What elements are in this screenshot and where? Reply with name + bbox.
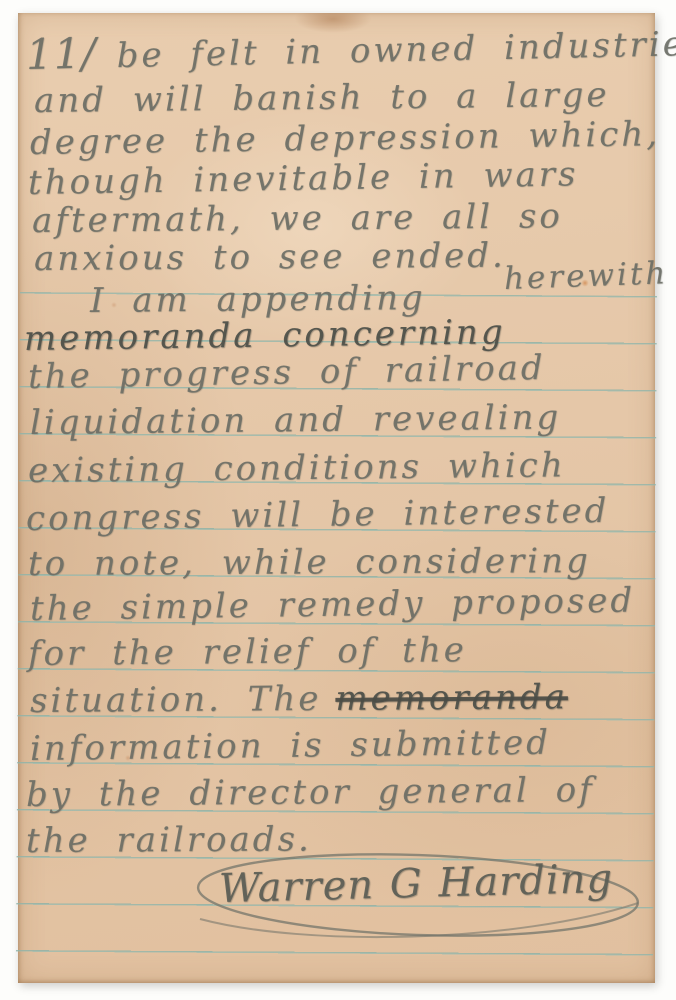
inserted-word: herewith	[503, 253, 669, 299]
handwritten-line: to note, while considering	[28, 541, 591, 584]
handwritten-line: and will banish to a large	[34, 75, 610, 121]
handwritten-line: for the relief of the	[28, 630, 467, 674]
photo-background: 11/be felt in owned industries, and will…	[0, 0, 676, 1000]
handwritten-line: congress will be interested	[26, 491, 610, 539]
handwritten-text: be felt in owned industries,	[116, 23, 676, 76]
handwritten-line: 11/be felt in owned industries,	[26, 20, 676, 78]
handwritten-line: by the director general of	[26, 770, 595, 815]
handwritten-line: anxious to see ended.	[34, 236, 506, 279]
handwritten-line: liquidation and revealing	[30, 397, 562, 443]
signature-block: Warren G Harding	[186, 845, 656, 957]
handwritten-line: situation. Thememoranda	[30, 677, 568, 721]
handwritten-line: aftermath, we are all so	[32, 196, 563, 241]
page-number: 11/	[25, 29, 97, 79]
struck-word: memoranda	[335, 677, 568, 719]
handwritten-line: information is submitted	[30, 723, 551, 769]
handwritten-line: though inevitable in wars	[28, 154, 579, 203]
handwritten-text: situation. The	[30, 679, 322, 721]
handwritten-line: the simple remedy proposed	[30, 581, 636, 629]
manuscript-page: 11/be felt in owned industries, and will…	[18, 13, 655, 983]
handwritten-line: existing conditions which	[28, 445, 566, 491]
